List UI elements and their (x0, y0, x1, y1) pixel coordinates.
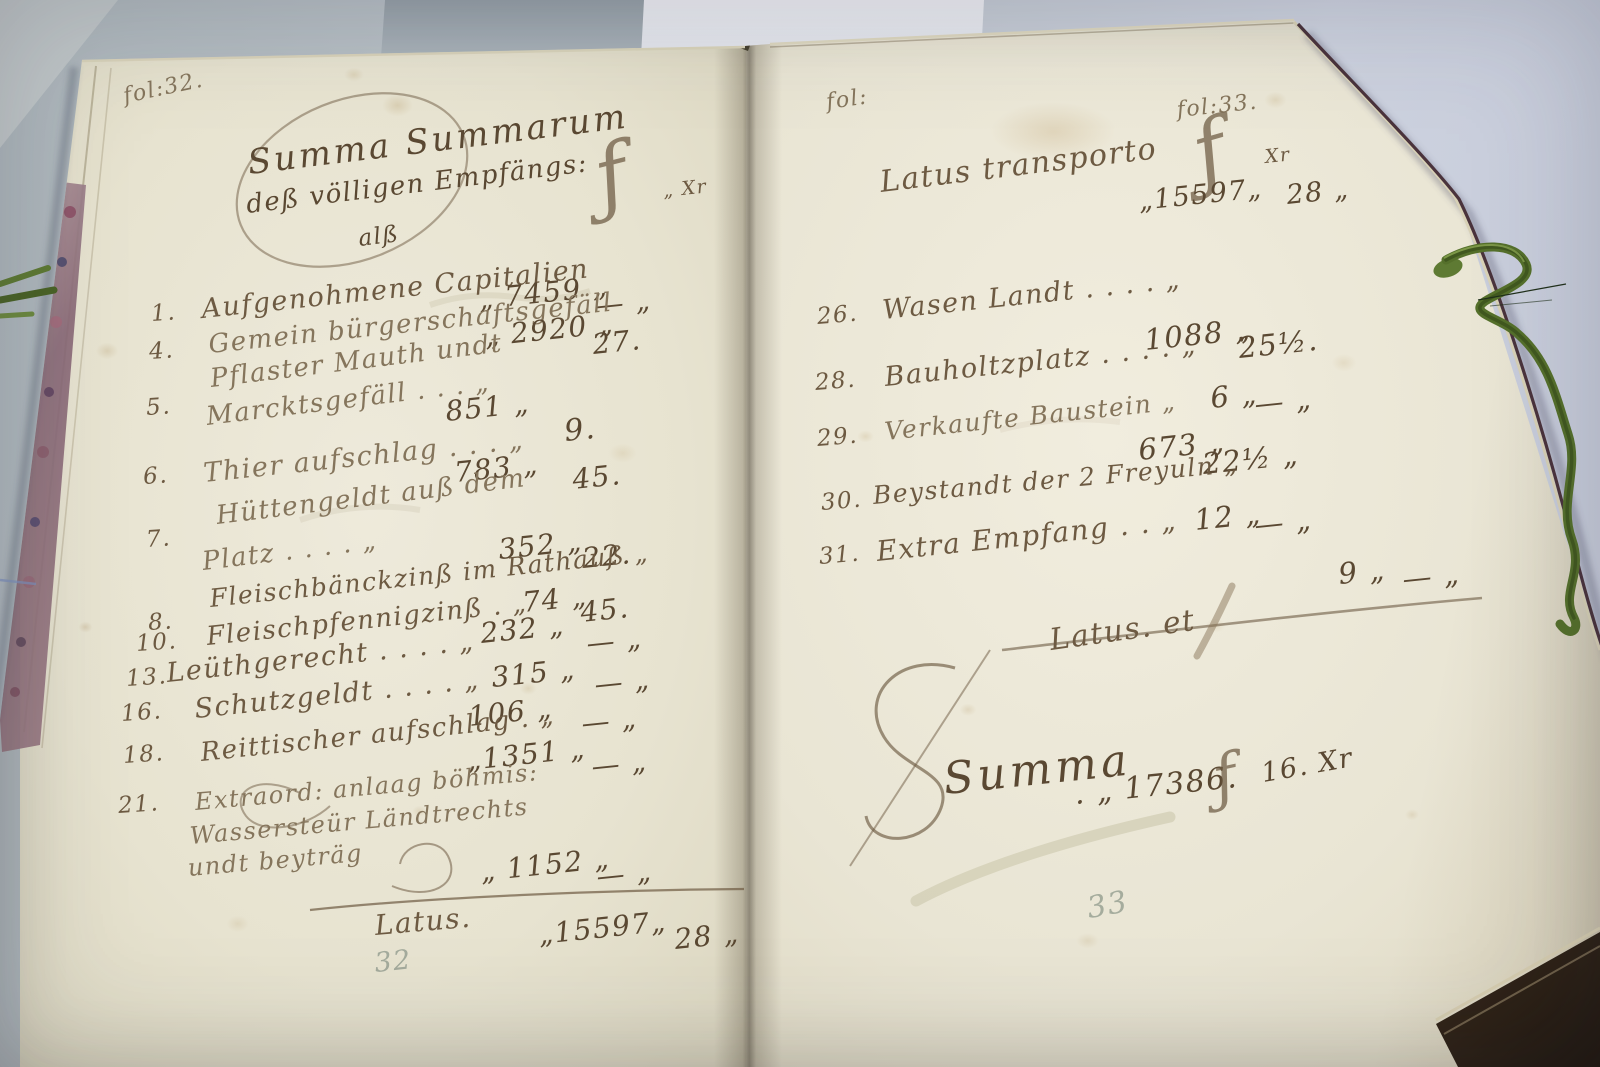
entry-amount-xr: — „ (585, 624, 644, 658)
entry-number: 10. (135, 630, 178, 656)
entry-amount-fl: 232 „ (479, 611, 566, 648)
entry-number: 16. (120, 700, 163, 726)
entry-amount-xr: 25½. (1237, 326, 1320, 363)
latus-label: Latus. (374, 904, 473, 940)
latus-transport-xr: 28 „ (1285, 176, 1350, 209)
entry-number: 5. (145, 395, 171, 420)
photo-of-open-ledger: fol:32. ƒ „ Xr Summa Summarum deß völlig… (0, 0, 1600, 1067)
entry-number: 7. (145, 527, 171, 552)
kreuzer-column-header: „ Xr (662, 177, 708, 201)
latus-amount-xr: 28 „ (673, 919, 741, 954)
page-subtitle: alß (357, 223, 400, 251)
entry-amount-xr: — „ (593, 665, 652, 699)
entry-number: 21. (117, 792, 160, 818)
entry-amount-xr: — „ (590, 747, 649, 781)
entry-amount-xr: — „ (1253, 384, 1313, 419)
entry-number: 28. (814, 369, 857, 395)
right-page (746, 16, 1600, 1067)
entry-number: 6. (142, 464, 168, 489)
entry-number: 30. (820, 489, 863, 515)
entry-number: 13. (125, 665, 168, 691)
entry-number: 29. (816, 425, 859, 451)
entry-amount-xr: — „ (1401, 559, 1461, 594)
entry-amount-fl: 315 „ (490, 655, 577, 692)
open-book: fol:32. ƒ „ Xr Summa Summarum deß völlig… (0, 0, 1600, 1067)
entry-amount-xr: — „ (595, 857, 654, 891)
entry-amount-fl: 6 „ (1209, 379, 1259, 413)
entry-amount-fl: 851 „ (444, 389, 531, 426)
pencil-page-number: 33 (1085, 887, 1131, 924)
entry-number: 26. (816, 303, 859, 329)
entry-amount-xr: — „ (580, 704, 639, 738)
entry-number: 1. (150, 301, 176, 326)
entry-number: 31. (818, 543, 861, 569)
entry-number: 18. (122, 742, 165, 768)
green-thread-left (0, 268, 54, 316)
entry-amount-fl: 9 „ (1337, 555, 1387, 589)
entry-number: 4. (148, 339, 174, 364)
folio-label: fol: (825, 86, 869, 114)
pencil-page-number: 32 (373, 946, 413, 977)
entry-amount-xr: 9. (563, 414, 598, 447)
entry-amount-fl: 12 „ (1193, 499, 1263, 535)
entry-amount-xr: 45. (571, 461, 623, 494)
book-gutter-shadow (714, 40, 782, 1067)
kreuzer-column-header: Xr (1264, 145, 1291, 167)
entry-amount-xr: 27. (591, 326, 643, 359)
entry-amount-xr: — „ (1253, 505, 1313, 540)
